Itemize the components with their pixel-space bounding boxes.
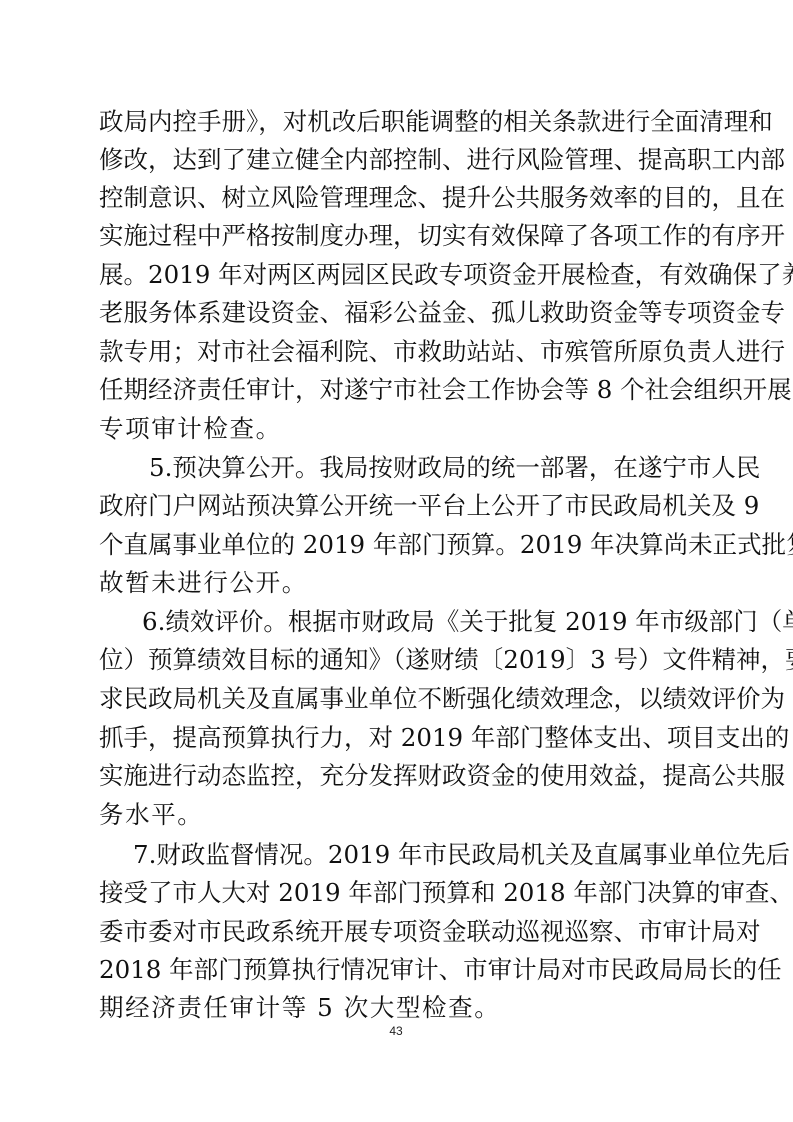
text-line: 接受了市人大对 2019 年部门预算和 2018 年部门决算的审查、省 <box>99 875 699 911</box>
text-line: 期经济责任审计等 5 次大型检查。 <box>99 990 699 1026</box>
text-line: 7.财政监督情况。2019 年市民政局机关及直属事业单位先后 <box>133 837 699 873</box>
text-line: 修改，达到了建立健全内部控制、进行风险管理、提高职工内部 <box>99 142 699 178</box>
text-line: 政府门户网站预决算公开统一平台上公开了市民政局机关及 9 <box>99 488 699 524</box>
text-line: 实施进行动态监控，充分发挥财政资金的使用效益，提高公共服 <box>99 758 699 794</box>
text-line: 政局内控手册》，对机改后职能调整的相关条款进行全面清理和 <box>99 104 699 140</box>
document-page: 政局内控手册》，对机改后职能调整的相关条款进行全面清理和 修改，达到了建立健全内… <box>0 0 793 1122</box>
text-line: 专项审计检查。 <box>99 411 699 447</box>
text-line: 6.绩效评价。根据市财政局《关于批复 2019 年市级部门（单 <box>142 604 699 640</box>
text-line: 委市委对市民政系统开展专项资金联动巡视巡察、市审计局对 <box>99 914 699 950</box>
text-line: 任期经济责任审计，对遂宁市社会工作协会等 8 个社会组织开展 <box>99 372 699 408</box>
text-line: 老服务体系建设资金、福彩公益金、孤儿救助资金等专项资金专 <box>99 295 699 331</box>
page-number: 43 <box>380 1024 412 1038</box>
text-line: 款专用；对市社会福利院、市救助站站、市殡管所原负责人进行 <box>99 334 699 370</box>
text-line: 展。2019 年对两区两园区民政专项资金开展检查，有效确保了养 <box>99 257 699 293</box>
text-line: 故暂未进行公开。 <box>99 565 699 601</box>
text-line: 求民政局机关及直属事业单位不断强化绩效理念，以绩效评价为 <box>99 681 699 717</box>
text-line: 务水平。 <box>99 797 699 833</box>
text-line: 个直属事业单位的 2019 年部门预算。2019 年决算尚未正式批复， <box>99 527 699 563</box>
text-line: 2018 年部门预算执行情况审计、市审计局对市民政局局长的任 <box>99 952 699 988</box>
text-line: 实施过程中严格按制度办理，切实有效保障了各项工作的有序开 <box>99 218 699 254</box>
text-line: 5.预决算公开。我局按财政局的统一部署，在遂宁市人民 <box>149 450 699 486</box>
text-line: 控制意识、树立风险管理理念、提升公共服务效率的目的，且在 <box>99 180 699 216</box>
text-line: 抓手，提高预算执行力，对 2019 年部门整体支出、项目支出的 <box>99 720 699 756</box>
text-line: 位）预算绩效目标的通知》（遂财绩〔2019〕3 号）文件精神，要 <box>99 642 699 678</box>
